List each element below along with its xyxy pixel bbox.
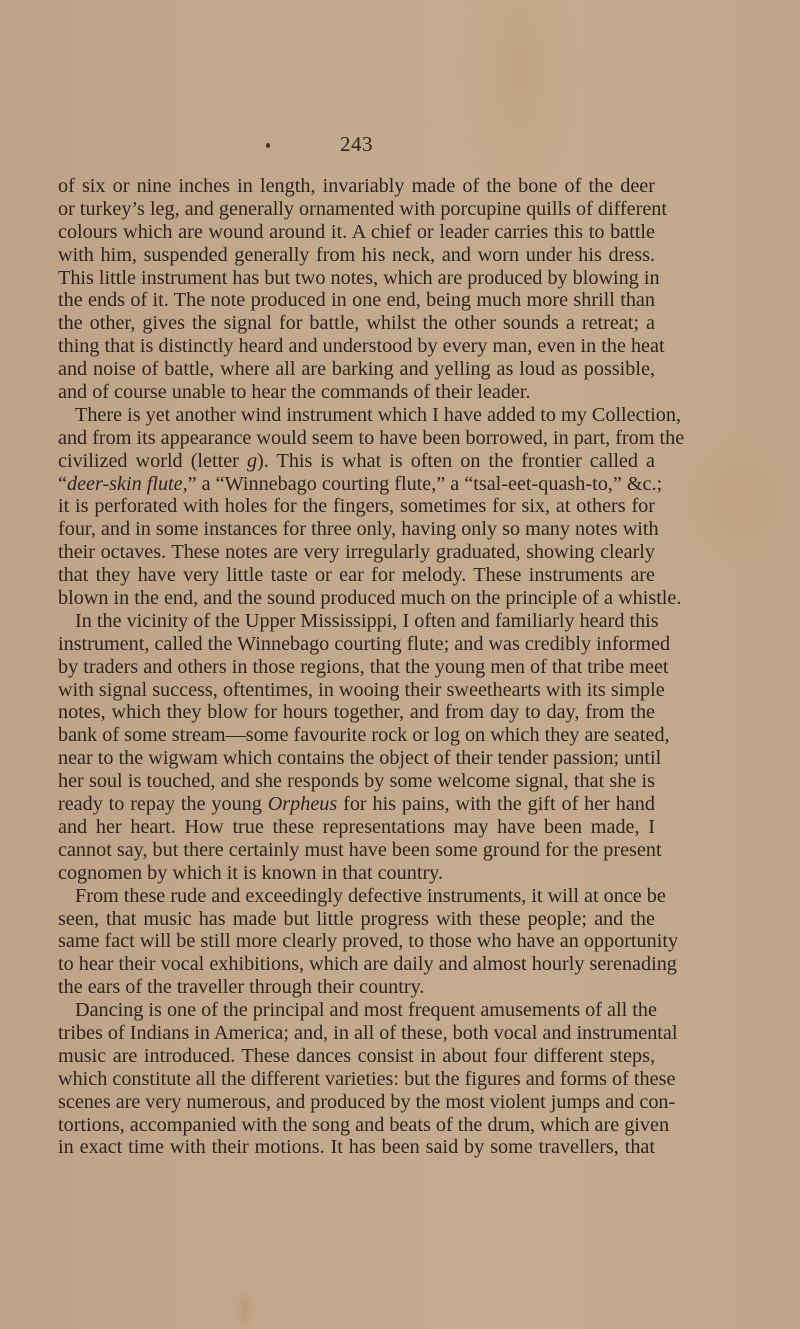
text-line: thing that is distinctly heard and under… (58, 335, 655, 358)
text-line: and from its appearance would seem to ha… (58, 427, 655, 450)
italic-text: g (247, 450, 257, 472)
text-line: music are introduced. These dances consi… (58, 1045, 655, 1068)
text-line: and of course unable to hear the command… (58, 381, 655, 404)
paragraph: Dancing is one of the principal and most… (58, 999, 655, 1159)
text-line: ready to repay the young Orpheus for his… (58, 793, 655, 816)
ink-speck (266, 143, 270, 148)
text-line: This little instrument has but two notes… (58, 267, 655, 290)
text-line: the ends of it. The note produced in one… (58, 289, 655, 312)
text-line: cannot say, but there certainly must hav… (58, 839, 655, 862)
paragraph: of six or nine inches in length, invaria… (58, 175, 655, 404)
text-line: blown in the end, and the sound produced… (58, 587, 655, 610)
page-number: 243 (340, 132, 373, 157)
text-line: colours which are wound around it. A chi… (58, 221, 655, 244)
italic-text: Orpheus (268, 793, 338, 815)
text-line: to hear their vocal exhibitions, which a… (58, 953, 655, 976)
text-line: near to the wigwam which contains the ob… (58, 747, 655, 770)
text-line: “deer-skin flute,” a “Winnebago courting… (58, 473, 655, 496)
paragraph: In the vicinity of the Upper Mississippi… (58, 610, 655, 885)
text-line: it is perforated with holes for the fing… (58, 495, 655, 518)
text-line: in exact time with their motions. It has… (58, 1136, 655, 1159)
text-line: Dancing is one of the principal and most… (58, 999, 655, 1022)
text-line: From these rude and exceedingly defectiv… (58, 885, 655, 908)
text-line: and noise of battle, where all are barki… (58, 358, 655, 381)
text-line: her soul is touched, and she responds by… (58, 770, 655, 793)
text-line: which constitute all the different varie… (58, 1068, 655, 1091)
text-line: cognomen by which it is known in that co… (58, 862, 655, 885)
page-header: 243 (0, 132, 800, 158)
text-line: with signal success, oftentimes, in wooi… (58, 679, 655, 702)
text-line: notes, which they blow for hours togethe… (58, 701, 655, 724)
text-line: same fact will be still more clearly pro… (58, 930, 655, 953)
text-line: with him, suspended generally from his n… (58, 244, 655, 267)
paragraph: From these rude and exceedingly defectiv… (58, 885, 655, 999)
italic-text: deer-skin flute, (67, 473, 188, 495)
text-line: civilized world (letter g). This is what… (58, 450, 655, 473)
text-line: instrument, called the Winnebago courtin… (58, 633, 655, 656)
text-line: bank of some stream—some favourite rock … (58, 724, 655, 747)
paragraph: There is yet another wind instrument whi… (58, 404, 655, 610)
text-line: or turkey’s leg, and generally ornamente… (58, 198, 655, 221)
text-line: and her heart. How true these representa… (58, 816, 655, 839)
text-line: tribes of Indians in America; and, in al… (58, 1022, 655, 1045)
text-line: the ears of the traveller through their … (58, 976, 655, 999)
text-line: scenes are very numerous, and produced b… (58, 1091, 655, 1114)
text-line: that they have very little taste or ear … (58, 564, 655, 587)
text-line: tortions, accompanied with the song and … (58, 1114, 655, 1137)
text-line: In the vicinity of the Upper Mississippi… (58, 610, 655, 633)
text-line: seen, that music has made but little pro… (58, 908, 655, 931)
text-line: four, and in some instances for three on… (58, 518, 655, 541)
text-line: of six or nine inches in length, invaria… (58, 175, 655, 198)
text-line: There is yet another wind instrument whi… (58, 404, 655, 427)
text-line: by traders and others in those regions, … (58, 656, 655, 679)
text-line: their octaves. These notes are very irre… (58, 541, 655, 564)
text-line: the other, gives the signal for battle, … (58, 312, 655, 335)
body-text: of six or nine inches in length, invaria… (58, 175, 655, 1159)
